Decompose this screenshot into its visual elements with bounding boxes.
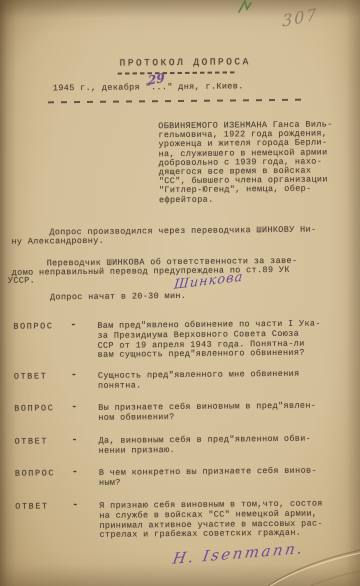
qa-answer: ОТВЕТ - Сущность пред"явленного мне обви… <box>1 369 360 373</box>
qa-text: Вы признаете себя виновным в пред"явлен-… <box>98 402 316 424</box>
paper-crease <box>250 516 360 586</box>
qa-label: ОТВЕТ <box>14 372 48 382</box>
qa-question: ВОПРОС - В чем конкретно вы признаете се… <box>2 466 360 470</box>
document-title: ПРОТОКОЛ ДОПРОСА <box>120 57 251 68</box>
qa-label: ВОПРОС <box>15 469 55 479</box>
date-after-day: " дня, г.Киев. <box>167 81 243 92</box>
qa-dash: - <box>71 403 77 412</box>
date-before-day: 1945 г., декабря " <box>53 82 151 93</box>
date-day-dots: ...29 <box>151 82 167 92</box>
qa-label: ВОПРОС <box>13 322 53 332</box>
qa-question: ВОПРОС - Вы признаете себя виновным в пр… <box>1 401 360 405</box>
qa-label: ОТВЕТ <box>15 437 49 447</box>
handwritten-day: 29 <box>148 74 165 86</box>
qa-answer: ОТВЕТ - Да, виновным себя в пред"явленно… <box>2 434 360 438</box>
qa-answer: ОТВЕТ - Я признаю себя виновным в том,чт… <box>2 499 360 503</box>
qa-text: В чем конкретно вы признаете себя винов-… <box>99 467 317 489</box>
qa-text: Сущность пред"явленного мне обвинения по… <box>98 370 300 392</box>
qa-dash: - <box>72 501 78 510</box>
qa-text: Вам пред"явлено обвинение по части I Ука… <box>97 320 321 362</box>
interpreter-warning-line: УССР. <box>8 277 35 287</box>
title-underline <box>118 71 238 74</box>
accused-line: ефрейтора. <box>159 194 334 205</box>
interpreter-warning-line: домо неправильный перевод предупреждена … <box>12 266 290 278</box>
qa-dash: - <box>71 436 77 445</box>
qa-label: ОТВЕТ <box>15 502 49 512</box>
qa-text: Да, виновным себя в пред"явленном обви- … <box>99 435 312 457</box>
date-underline <box>48 99 306 104</box>
date-line: 1945 г., декабря "...29" дня, г.Киев. <box>53 82 244 93</box>
interrogation-start-line: Допрос начат в 20-30 мин. <box>50 292 186 303</box>
qa-label: ВОПРОС <box>14 404 54 414</box>
scanned-document-page: 307 ПРОТОКОЛ ДОПРОСА 1945 г., декабря ".… <box>0 0 360 586</box>
qa-question: ВОПРОС - Вам пред"явлено обвинение по ча… <box>0 319 360 323</box>
accused-description: ОБВИНЯЕМОГО ИЗЕНМАНА Ганса Виль- гельмов… <box>158 120 333 205</box>
qa-dash: - <box>71 371 77 380</box>
qa-dash: - <box>70 321 76 330</box>
interpreter-intro-line: ну Александровну. <box>11 237 104 247</box>
qa-dash: - <box>72 468 78 477</box>
